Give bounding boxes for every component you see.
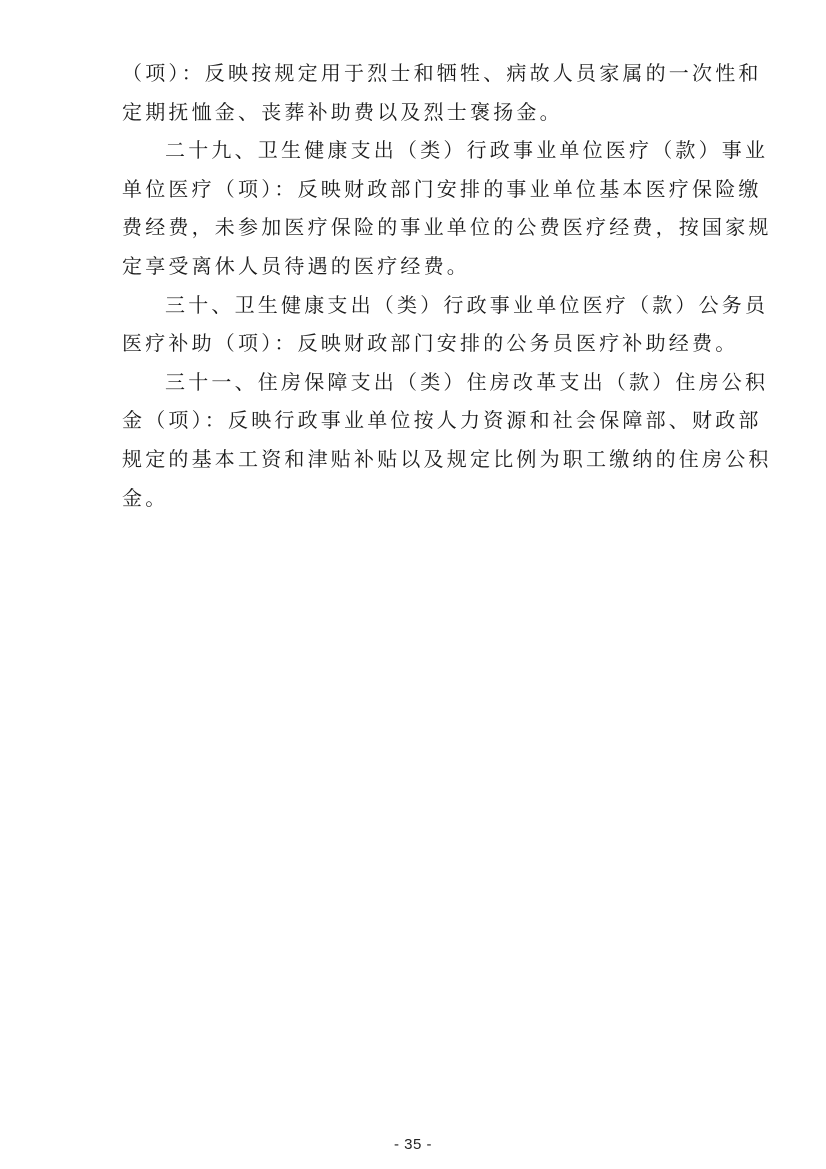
text-line: 单位医疗（项）：反映财政部门安排的事业单位基本医疗保险缴 bbox=[122, 170, 722, 209]
text-line: 三十一、住房保障支出（类）住房改革支出（款）住房公积 bbox=[122, 363, 722, 402]
text-line: 三十、卫生健康支出（类）行政事业单位医疗（款）公务员 bbox=[122, 286, 722, 325]
document-page: （项）：反映按规定用于烈士和牺牲、病故人员家属的一次性和 定期抚恤金、丧葬补助费… bbox=[0, 0, 826, 1169]
text-line: 二十九、卫生健康支出（类）行政事业单位医疗（款）事业 bbox=[122, 131, 722, 170]
text-line: 医疗补助（项）：反映财政部门安排的公务员医疗补助经费。 bbox=[122, 324, 722, 363]
text-line: 金。 bbox=[122, 479, 722, 518]
text-line: 定期抚恤金、丧葬补助费以及烈士褒扬金。 bbox=[122, 93, 722, 132]
text-line: 定享受离休人员待遇的医疗经费。 bbox=[122, 247, 722, 286]
paragraph-item-31: 三十一、住房保障支出（类）住房改革支出（款）住房公积 金（项）：反映行政事业单位… bbox=[122, 363, 722, 517]
paragraph-continuation: （项）：反映按规定用于烈士和牺牲、病故人员家属的一次性和 定期抚恤金、丧葬补助费… bbox=[122, 54, 722, 131]
document-body: （项）：反映按规定用于烈士和牺牲、病故人员家属的一次性和 定期抚恤金、丧葬补助费… bbox=[122, 54, 722, 517]
text-line: 规定的基本工资和津贴补贴以及规定比例为职工缴纳的住房公积 bbox=[122, 440, 722, 479]
paragraph-item-29: 二十九、卫生健康支出（类）行政事业单位医疗（款）事业 单位医疗（项）：反映财政部… bbox=[122, 131, 722, 285]
text-line: 金（项）：反映行政事业单位按人力资源和社会保障部、财政部 bbox=[122, 401, 722, 440]
text-line: （项）：反映按规定用于烈士和牺牲、病故人员家属的一次性和 bbox=[122, 54, 722, 93]
page-number: - 35 - bbox=[0, 1136, 826, 1153]
text-line: 费经费，未参加医疗保险的事业单位的公费医疗经费，按国家规 bbox=[122, 208, 722, 247]
paragraph-item-30: 三十、卫生健康支出（类）行政事业单位医疗（款）公务员 医疗补助（项）：反映财政部… bbox=[122, 286, 722, 363]
